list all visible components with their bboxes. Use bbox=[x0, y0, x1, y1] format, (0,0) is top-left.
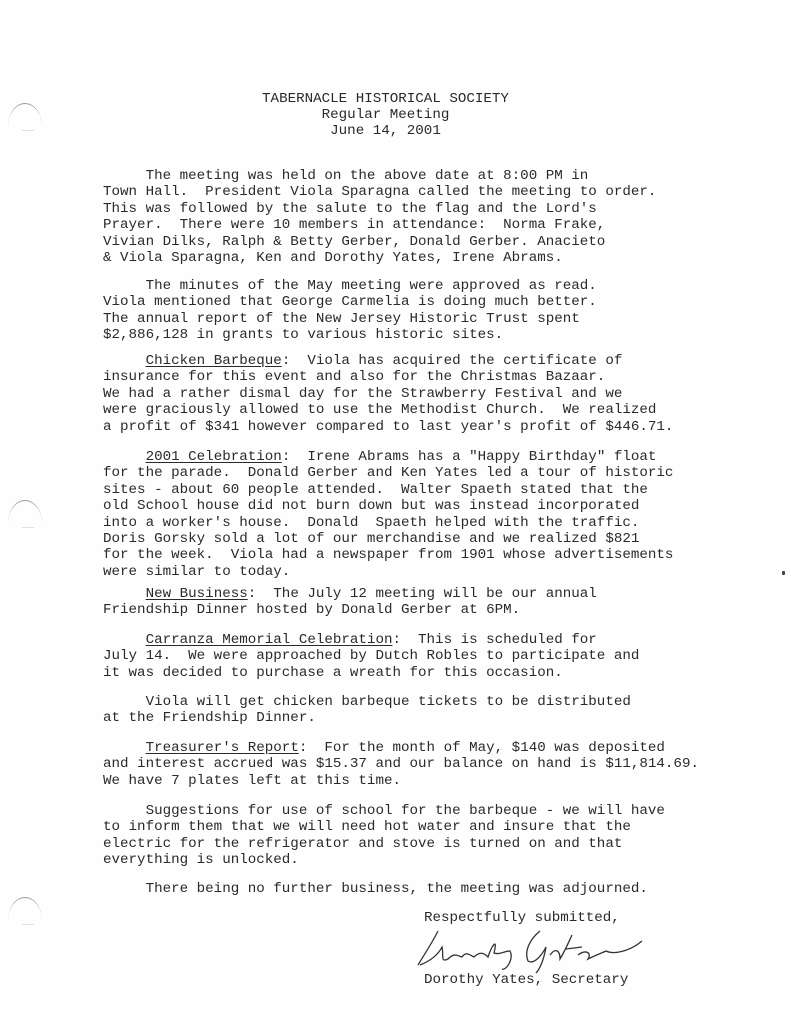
text-line: everything is unlocked. bbox=[103, 852, 665, 868]
paragraph-adjournment: There being no further business, the mee… bbox=[103, 881, 648, 897]
text-line: & Viola Sparagna, Ken and Dorothy Yates,… bbox=[103, 250, 656, 266]
text-line: Doris Gorsky sold a lot of our merchandi… bbox=[103, 531, 673, 547]
org-title: TABERNACLE HISTORICAL SOCIETY bbox=[0, 91, 791, 107]
section-heading: Chicken Barbeque bbox=[146, 353, 282, 369]
text-line: for the parade. Donald Gerber and Ken Ya… bbox=[103, 465, 673, 481]
text-line: insurance for this event and also for th… bbox=[103, 369, 673, 385]
paragraph-first-line: Chicken Barbeque: Viola has acquired the… bbox=[103, 353, 673, 369]
text-line: Friendship Dinner hosted by Donald Gerbe… bbox=[103, 602, 597, 618]
signer-name-title: Dorothy Yates, Secretary bbox=[424, 972, 628, 988]
text-line: There being no further business, the mee… bbox=[103, 881, 648, 897]
text-line: Prayer. There were 10 members in attenda… bbox=[103, 217, 656, 233]
text-line: into a worker's house. Donald Spaeth hel… bbox=[103, 515, 673, 531]
text-line: Suggestions for use of school for the ba… bbox=[103, 803, 665, 819]
section-heading: Carranza Memorial Celebration bbox=[146, 632, 393, 648]
text-line: The meeting was held on the above date a… bbox=[103, 168, 656, 184]
section-heading: 2001 Celebration bbox=[146, 449, 282, 465]
text-line: sites - about 60 people attended. Walter… bbox=[103, 482, 673, 498]
text-line: This was followed by the salute to the f… bbox=[103, 201, 656, 217]
paragraph-minutes: The minutes of the May meeting were appr… bbox=[103, 278, 597, 344]
text-line: The minutes of the May meeting were appr… bbox=[103, 278, 597, 294]
handwritten-signature bbox=[410, 925, 680, 975]
text-line: The annual report of the New Jersey Hist… bbox=[103, 311, 597, 327]
paragraph-chicken-barbeque: Chicken Barbeque: Viola has acquired the… bbox=[103, 353, 673, 435]
text-line: it was decided to purchase a wreath for … bbox=[103, 665, 639, 681]
text-line: Town Hall. President Viola Sparagna call… bbox=[103, 184, 656, 200]
punch-hole-mark-middle bbox=[8, 500, 42, 523]
text-line: Vivian Dilks, Ralph & Betty Gerber, Dona… bbox=[103, 234, 656, 250]
punch-hole-mark-bottom bbox=[8, 897, 42, 920]
paragraph-treasurers-report: Treasurer's Report: For the month of May… bbox=[103, 740, 699, 789]
text-line: at the Friendship Dinner. bbox=[103, 710, 631, 726]
meeting-type: Regular Meeting bbox=[0, 107, 791, 123]
text-line: and interest accrued was $15.37 and our … bbox=[103, 756, 699, 772]
document-header: TABERNACLE HISTORICAL SOCIETY Regular Me… bbox=[0, 91, 791, 139]
paragraph-carranza-memorial: Carranza Memorial Celebration: This is s… bbox=[103, 632, 639, 681]
section-heading: New Business bbox=[146, 586, 248, 602]
text-line: We had a rather dismal day for the Straw… bbox=[103, 386, 673, 402]
text-line: for the week. Viola had a newspaper from… bbox=[103, 547, 673, 563]
text-line: Viola will get chicken barbeque tickets … bbox=[103, 694, 631, 710]
paragraph-first-line: 2001 Celebration: Irene Abrams has a "Ha… bbox=[103, 449, 673, 465]
text-line: a profit of $341 however compared to las… bbox=[103, 419, 673, 435]
text-line: were similar to today. bbox=[103, 564, 673, 580]
text-line: old School house did not burn down but w… bbox=[103, 498, 673, 514]
paragraph-new-business: New Business: The July 12 meeting will b… bbox=[103, 586, 597, 619]
text-line: electric for the refrigerator and stove … bbox=[103, 836, 665, 852]
text-line: July 14. We were approached by Dutch Rob… bbox=[103, 648, 639, 664]
paragraph-opening: The meeting was held on the above date a… bbox=[103, 168, 656, 266]
paragraph-barbeque-tickets: Viola will get chicken barbeque tickets … bbox=[103, 694, 631, 727]
paragraph-first-line: New Business: The July 12 meeting will b… bbox=[103, 586, 597, 602]
closing-salutation: Respectfully submitted, bbox=[424, 910, 620, 926]
section-heading: Treasurer's Report bbox=[146, 740, 299, 756]
text-line: We have 7 plates left at this time. bbox=[103, 773, 699, 789]
text-line: $2,886,128 in grants to various historic… bbox=[103, 327, 597, 343]
text-line: to inform them that we will need hot wat… bbox=[103, 819, 665, 835]
text-line: were graciously allowed to use the Metho… bbox=[103, 402, 673, 418]
paragraph-first-line: Treasurer's Report: For the month of May… bbox=[103, 740, 699, 756]
text-line: Viola mentioned that George Carmelia is … bbox=[103, 294, 597, 310]
paragraph-first-line: Carranza Memorial Celebration: This is s… bbox=[103, 632, 639, 648]
paragraph-school-suggestions: Suggestions for use of school for the ba… bbox=[103, 803, 665, 869]
paragraph-2001-celebration: 2001 Celebration: Irene Abrams has a "Ha… bbox=[103, 449, 673, 580]
scan-speck bbox=[782, 571, 785, 575]
meeting-date: June 14, 2001 bbox=[0, 123, 791, 139]
